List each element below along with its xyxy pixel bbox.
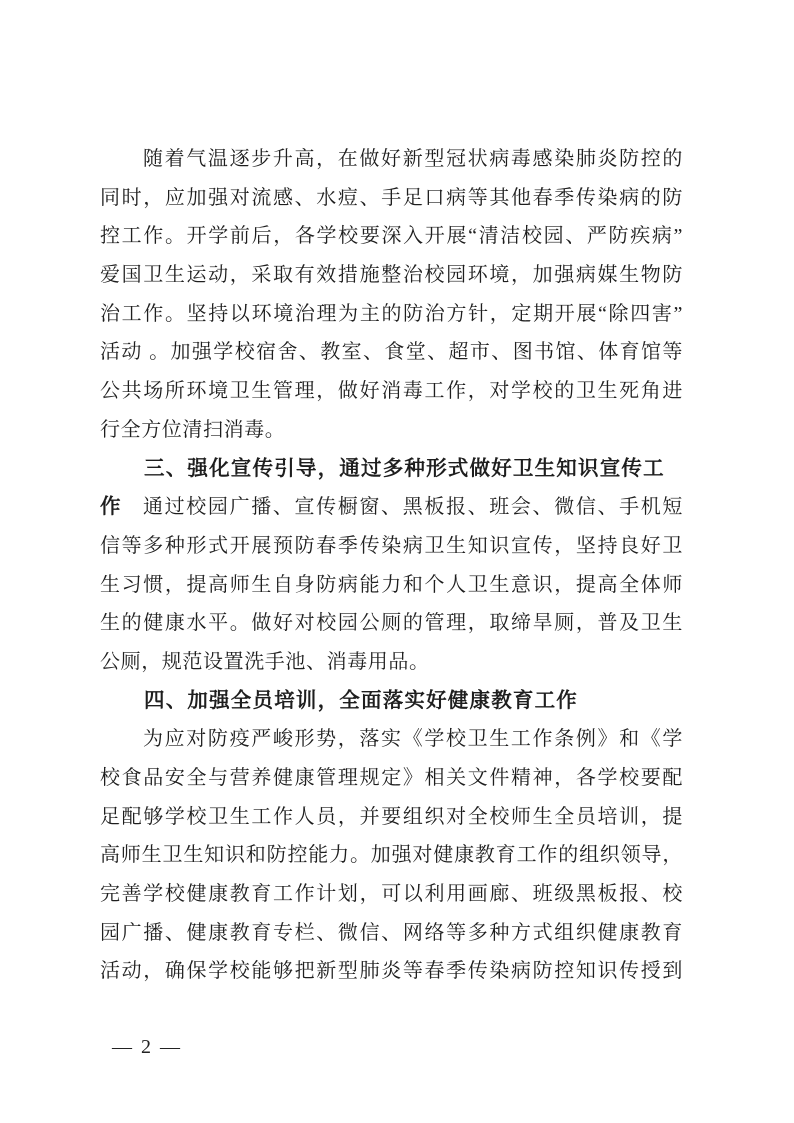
section-heading-three: 三、强化宣传引导，通过多种形式做好卫生知识宣传工作 (100, 450, 683, 489)
text-line: 高师生卫生知识和防控能力。加强对健康教育工作的组织领导， (100, 836, 683, 875)
text-line: 活动 。加强学校宿舍、教室、食堂、超市、图书馆、体育馆等 (100, 333, 683, 372)
text-line: 控工作。开学前后，各学校要深入开展“清洁校园、严防疾病” (100, 217, 683, 256)
text-line: 完善学校健康教育工作计划，可以利用画廊、班级黑板报、校 (100, 875, 683, 914)
text-line: 为应对防疫严峻形势，落实《学校卫生工作条例》和《学 (100, 720, 683, 759)
section-heading-four: 四、加强全员培训，全面落实好健康教育工作 (100, 682, 683, 721)
text-line: 生习惯，提高师生自身防病能力和个人卫生意识，提高全体师 (100, 566, 683, 605)
document-page: 随着气温逐步升高，在做好新型冠状病毒感染肺炎防控的 同时，应加强对流感、水痘、手… (0, 0, 794, 1123)
text-line: 信等多种形式开展预防春季传染病卫生知识宣传，坚持良好卫 (100, 527, 683, 566)
text-line: 行全方位清扫消毒。 (100, 411, 683, 450)
text-line: 生的健康水平。做好对校园公厕的管理，取缔旱厕，普及卫生 (100, 604, 683, 643)
text-line: 活动，确保学校能够把新型肺炎等春季传染病防控知识传授到 (100, 952, 683, 991)
text-line: 校食品安全与营养健康管理规定》相关文件精神，各学校要配 (100, 759, 683, 798)
text-line: 公共场所环境卫生管理，做好消毒工作，对学校的卫生死角进 (100, 372, 683, 411)
text-line: 同时，应加强对流感、水痘、手足口病等其他春季传染病的防 (100, 179, 683, 218)
text-line: 爱国卫生运动，采取有效措施整治校园环境，加强病媒生物防 (100, 256, 683, 295)
text-line: 通过校园广播、宣传橱窗、黑板报、班会、微信、手机短 (100, 488, 683, 527)
text-line: 治工作。坚持以环境治理为主的防治方针，定期开展“除四害” (100, 295, 683, 334)
text-line: 园广播、健康教育专栏、微信、网络等多种方式组织健康教育 (100, 914, 683, 953)
page-number: — 2 — (112, 1036, 182, 1059)
text-line: 随着气温逐步升高，在做好新型冠状病毒感染肺炎防控的 (100, 140, 683, 179)
text-line: 足配够学校卫生工作人员，并要组织对全校师生全员培训，提 (100, 798, 683, 837)
text-line: 公厕，规范设置洗手池、消毒用品。 (100, 643, 683, 682)
document-body: 随着气温逐步升高，在做好新型冠状病毒感染肺炎防控的 同时，应加强对流感、水痘、手… (100, 140, 683, 991)
